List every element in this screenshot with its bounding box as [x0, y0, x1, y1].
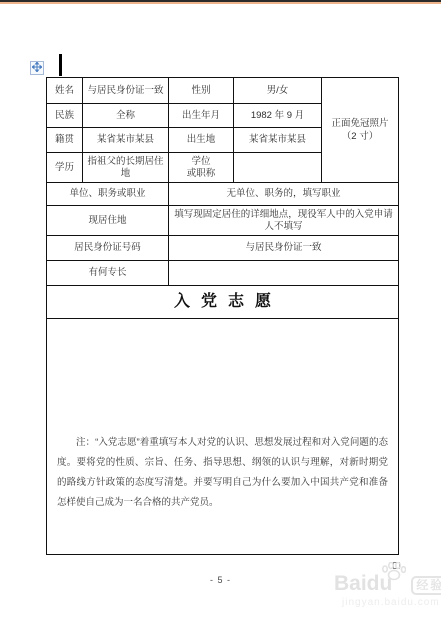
section-title: 入党志愿 [47, 286, 399, 319]
document-page: 姓名 与居民身份证一致 性别 男/女 正面免冠照片 （2 寸） 民族 全称 出生… [0, 0, 441, 626]
residence-value[interactable]: 填写现固定居住的详细地点，现役军人中的入党申请人不填写 [169, 206, 399, 236]
id-number-value[interactable]: 与居民身份证一致 [169, 236, 399, 261]
work-unit-value[interactable]: 无单位、职务的，填写职业 [169, 183, 399, 206]
photo-note-line2: （2 寸） [324, 130, 396, 143]
specialty-value[interactable] [169, 261, 399, 286]
native-place-label: 籍贯 [47, 128, 83, 153]
birth-date-value[interactable]: 1982 年 9 月 [234, 104, 322, 128]
education-value[interactable]: 指祖父的长期居住地 [83, 153, 169, 183]
degree-title-label: 学位 或职称 [169, 153, 234, 183]
table-move-handle[interactable] [30, 61, 44, 75]
photo-placeholder-cell[interactable]: 正面免冠照片 （2 寸） [322, 78, 399, 183]
ethnicity-value[interactable]: 全称 [83, 104, 169, 128]
watermark-badge: 经验 [411, 576, 441, 595]
note-paragraph: 注：“入党志愿”着重填写本人对党的认识、思想发展过程和对入党问题的态度。要将党的… [49, 361, 396, 513]
degree-title-value[interactable] [234, 153, 322, 183]
party-application-form-table: 姓名 与居民身份证一致 性别 男/女 正面免冠照片 （2 寸） 民族 全称 出生… [46, 77, 399, 555]
paw-print-icon [380, 562, 406, 587]
education-label: 学历 [47, 153, 83, 183]
top-accent-line [0, 2, 441, 4]
gender-value[interactable]: 男/女 [234, 78, 322, 104]
move-arrows-icon [32, 59, 42, 77]
id-number-label: 居民身份证号码 [47, 236, 169, 261]
name-label: 姓名 [47, 78, 83, 104]
application-content-cell[interactable]: 注：“入党志愿”着重填写本人对党的认识、思想发展过程和对入党问题的态度。要将党的… [47, 319, 399, 555]
degree-title-line1: 学位 [171, 156, 231, 168]
degree-title-line2: 或职称 [171, 168, 231, 180]
native-place-value[interactable]: 某省某市某县 [83, 128, 169, 153]
birth-date-label: 出生年月 [169, 104, 234, 128]
photo-note-line1: 正面免冠照片 [324, 117, 396, 130]
residence-label: 现居住地 [47, 206, 169, 236]
work-unit-label: 单位、职务或职业 [47, 183, 169, 206]
baidu-jingyan-watermark: Baidu 经验 jingyan.baidu.com [334, 570, 441, 608]
birth-place-value[interactable]: 某省某市某县 [234, 128, 322, 153]
gender-label: 性别 [169, 78, 234, 104]
birth-place-label: 出生地 [169, 128, 234, 153]
specialty-label: 有何专长 [47, 261, 169, 286]
ethnicity-label: 民族 [47, 104, 83, 128]
text-cursor-caret [59, 54, 62, 76]
watermark-url: jingyan.baidu.com [334, 597, 441, 608]
name-value[interactable]: 与居民身份证一致 [83, 78, 169, 104]
